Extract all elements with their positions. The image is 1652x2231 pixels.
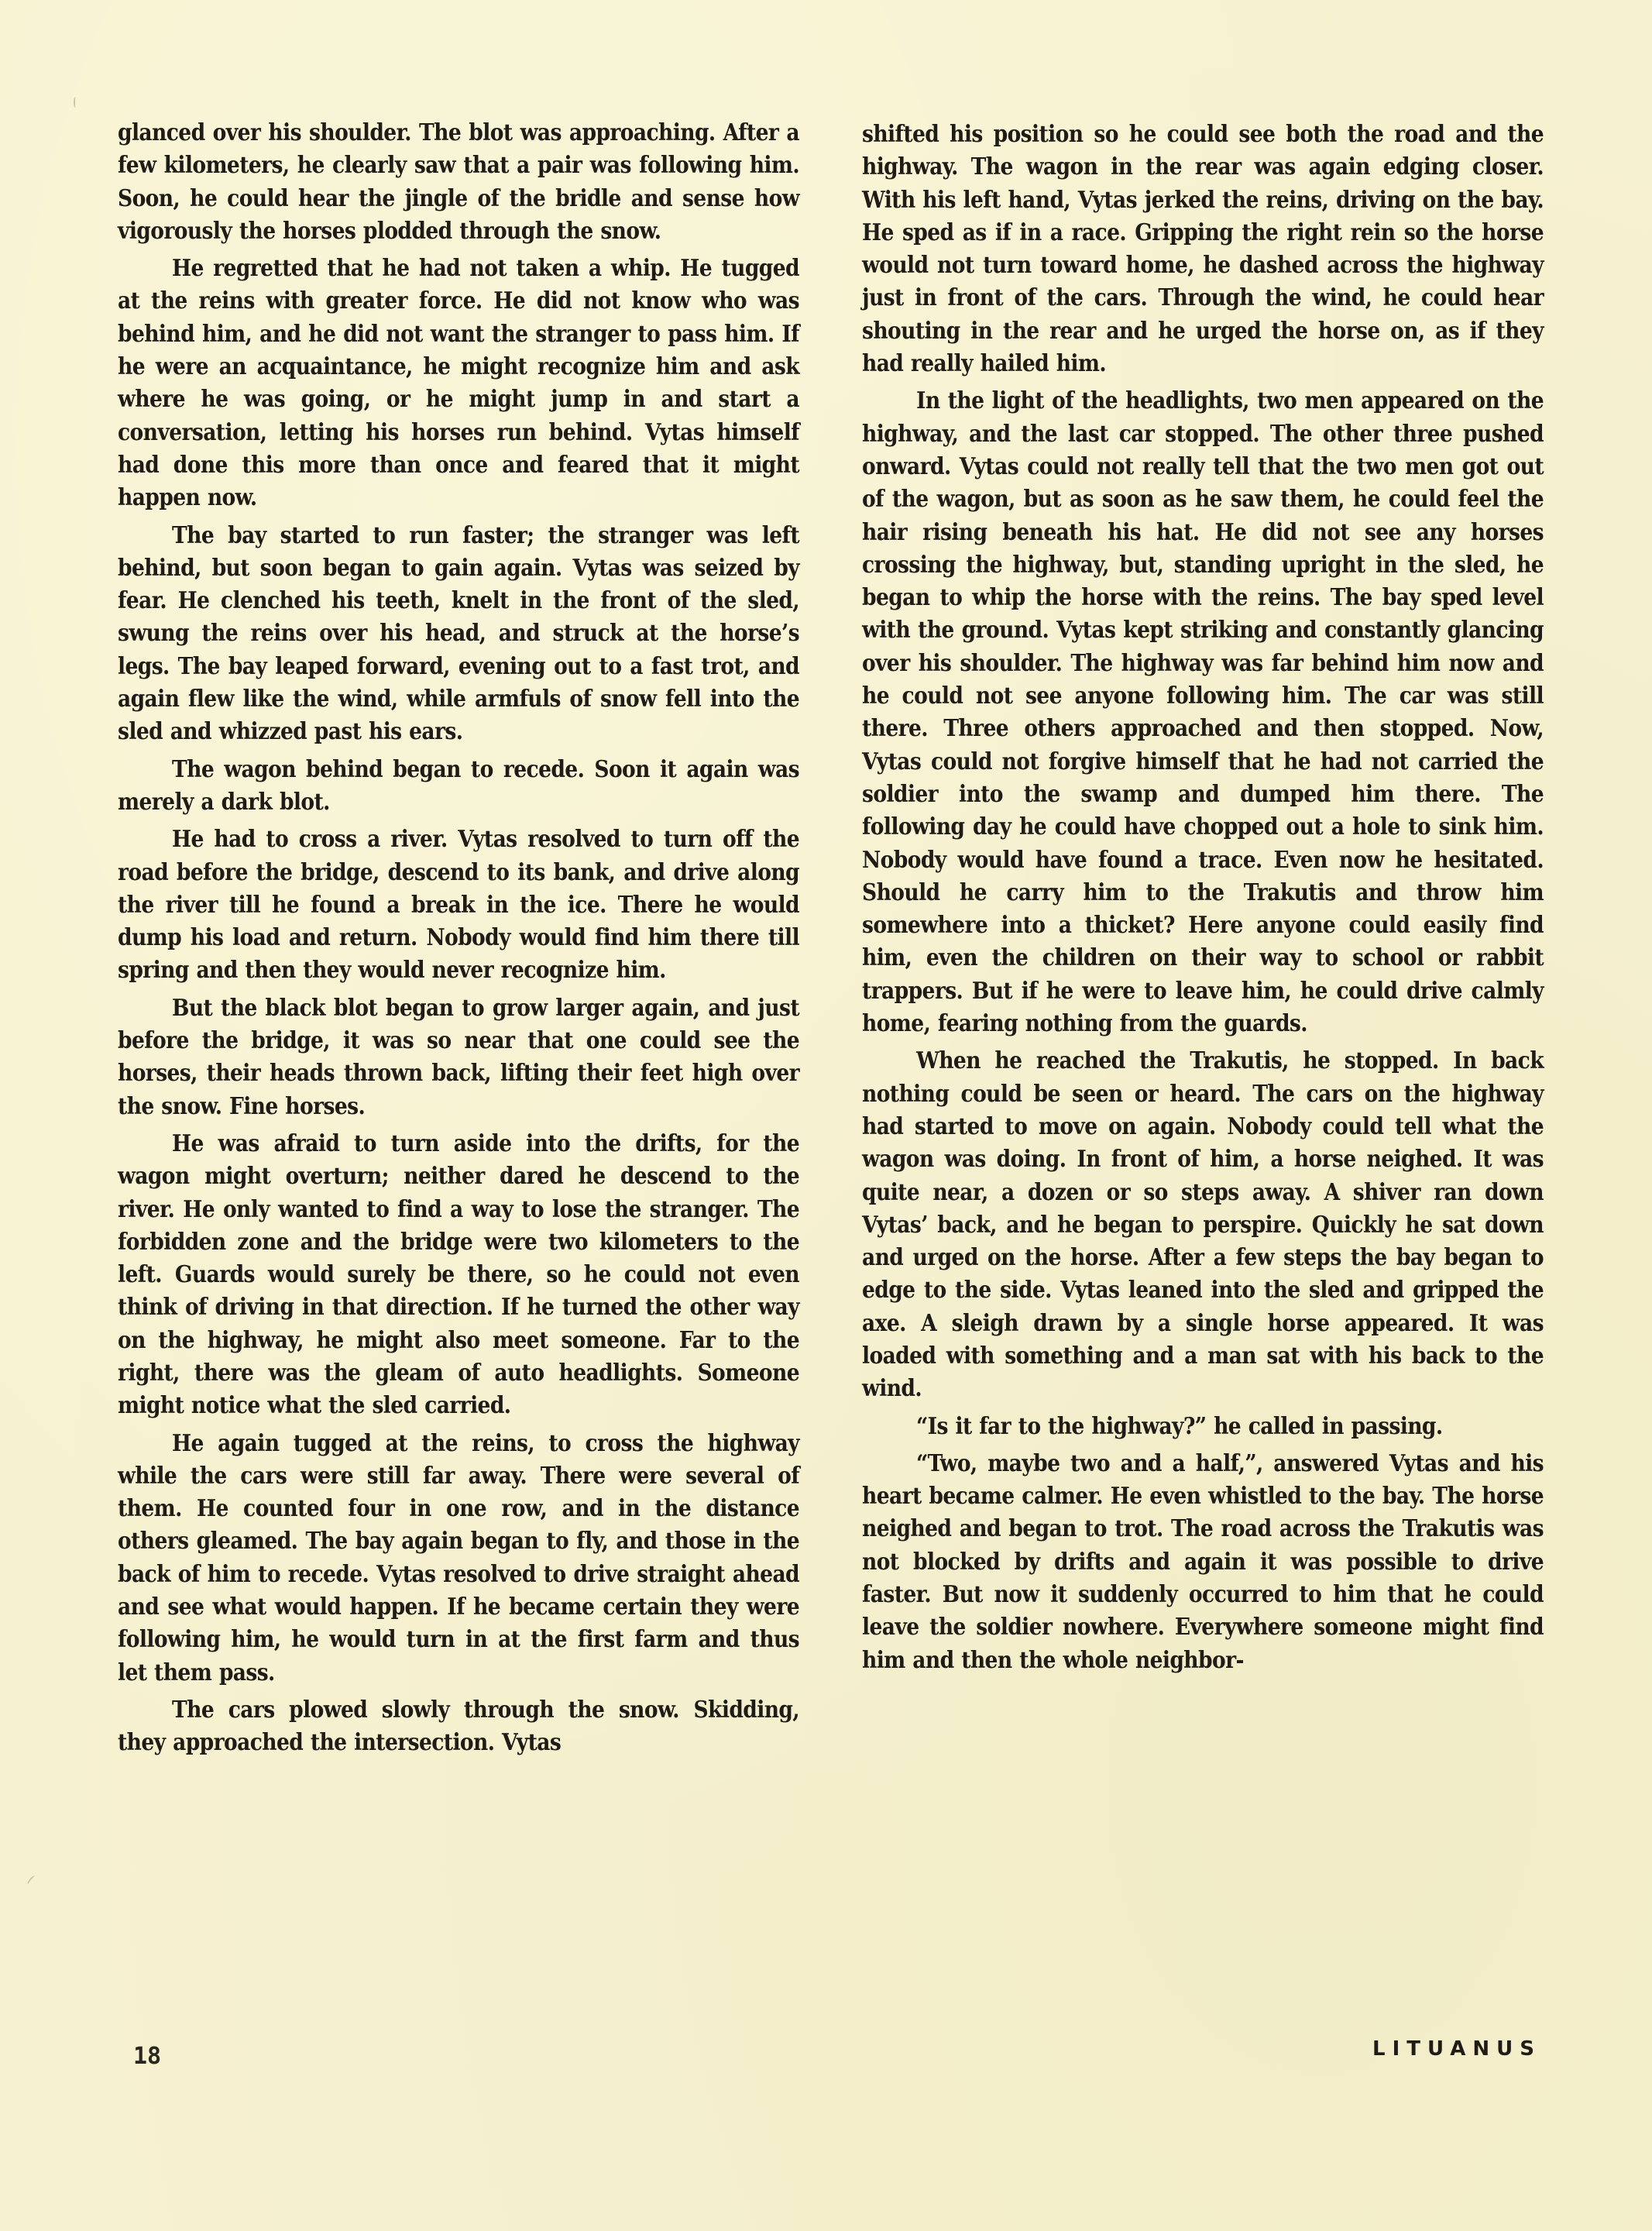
paragraph: The wagon behind began to recede. Soon i… <box>118 753 799 819</box>
page-number: 18 <box>133 2043 161 2070</box>
right-text-column: shifted his position so he could see bot… <box>862 118 1544 1681</box>
magazine-page: glanced over his shoulder. The blot was … <box>0 0 1652 2231</box>
paragraph: “Is it far to the highway?” he called in… <box>862 1410 1544 1442</box>
paragraph: He again tugged at the reins, to cross t… <box>118 1427 799 1689</box>
paper-speck <box>74 97 77 108</box>
paragraph: But the black blot began to grow larger … <box>118 992 799 1122</box>
journal-name: LITUANUS <box>1372 2037 1541 2061</box>
paragraph: In the light of the headlights, two men … <box>862 384 1544 1040</box>
paragraph: The cars plowed slowly through the snow.… <box>118 1693 799 1759</box>
paragraph: “Two, maybe two and a half,”, answered V… <box>862 1447 1544 1676</box>
left-text-column: glanced over his shoulder. The blot was … <box>118 116 799 1764</box>
paragraph: shifted his position so he could see bot… <box>862 118 1544 380</box>
paragraph: The bay started to run faster; the stran… <box>118 519 799 748</box>
paragraph: He was afraid to turn aside into the dri… <box>118 1127 799 1422</box>
paragraph: He regretted that he had not taken a whi… <box>118 252 799 514</box>
paragraph: When he reached the Trakutis, he stopped… <box>862 1044 1544 1404</box>
paper-speck <box>26 1875 36 1886</box>
paragraph: glanced over his shoulder. The blot was … <box>118 116 799 247</box>
paragraph: He had to cross a river. Vytas resolved … <box>118 823 799 986</box>
